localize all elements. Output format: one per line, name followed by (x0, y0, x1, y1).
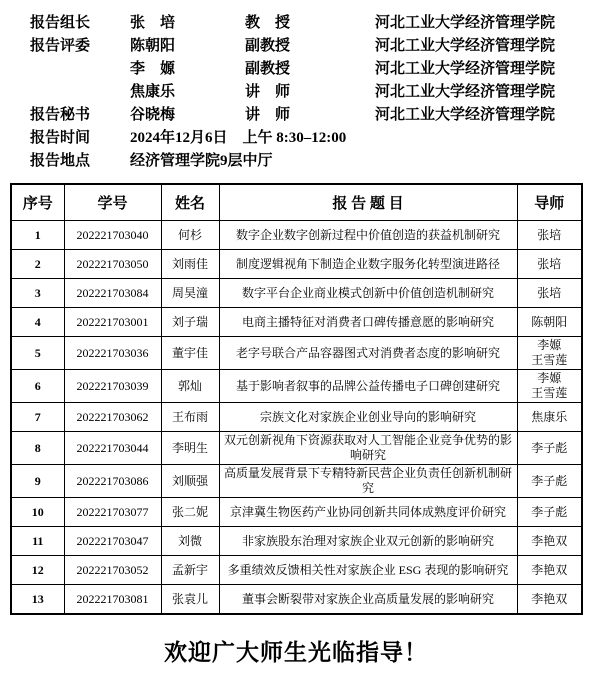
table-row: 2202221703050刘雨佳制度逻辑视角下制造企业数字服务化转型演进路径张培 (11, 250, 582, 279)
report-title-cell: 京津冀生物医药产业协同创新共同体成熟度评价研究 (219, 498, 517, 527)
student-name-cell: 刘顺强 (161, 465, 219, 498)
table-row: 12202221703052孟新宇多重绩效反馈相关性对家族企业 ESG 表现的影… (11, 556, 582, 585)
person-title: 教 授 (245, 11, 375, 32)
info-row-secretary: 报告秘书 谷晓梅 讲 师 河北工业大学经济管理学院 (0, 102, 592, 125)
person-name: 陈朝阳 (130, 34, 245, 55)
student-id-cell: 202221703001 (64, 308, 161, 337)
advisor-cell: 张培 (517, 221, 582, 250)
table-row: 11202221703047刘微非家族股东治理对家族企业双元创新的影响研究李艳双 (11, 527, 582, 556)
person-name: 李 嫄 (130, 57, 245, 78)
info-label: 报告时间 (30, 126, 130, 147)
seq-cell: 2 (11, 250, 64, 279)
person-org: 河北工业大学经济管理学院 (375, 34, 592, 55)
advisor-cell: 张培 (517, 250, 582, 279)
person-org: 河北工业大学经济管理学院 (375, 11, 592, 32)
student-id-cell: 202221703052 (64, 556, 161, 585)
student-id-cell: 202221703040 (64, 221, 161, 250)
person-name: 焦康乐 (130, 80, 245, 101)
person-name: 张 培 (130, 11, 245, 32)
student-name-cell: 何杉 (161, 221, 219, 250)
student-id-cell: 202221703077 (64, 498, 161, 527)
welcome-message: 欢迎广大师生光临指导！ (0, 634, 592, 667)
person-title: 副教授 (245, 57, 375, 78)
col-header-advisor: 导师 (517, 184, 582, 221)
table-row: 5202221703036董宇佳老字号联合产品容器图式对消费者态度的影响研究李嫄… (11, 337, 582, 370)
info-row-leader: 报告组长 张 培 教 授 河北工业大学经济管理学院 (0, 10, 592, 33)
student-name-cell: 董宇佳 (161, 337, 219, 370)
col-header-report-title: 报 告 题 目 (219, 184, 517, 221)
advisor-cell: 李子彪 (517, 465, 582, 498)
report-title-cell: 多重绩效反馈相关性对家族企业 ESG 表现的影响研究 (219, 556, 517, 585)
advisor-cell: 李艳双 (517, 585, 582, 615)
info-label: 报告评委 (30, 34, 130, 55)
seq-cell: 8 (11, 432, 64, 465)
person-org: 河北工业大学经济管理学院 (375, 103, 592, 124)
report-title-cell: 高质量发展背景下专精特新民营企业负责任创新机制研究 (219, 465, 517, 498)
student-id-cell: 202221703047 (64, 527, 161, 556)
table-row: 7202221703062王布雨宗族文化对家族企业创业导向的影响研究焦康乐 (11, 403, 582, 432)
table-body: 1202221703040何杉数字企业数字创新过程中价值创造的获益机制研究张培2… (11, 221, 582, 615)
seq-cell: 12 (11, 556, 64, 585)
schedule-table: 序号 学号 姓名 报 告 题 目 导师 1202221703040何杉数字企业数… (10, 183, 583, 615)
student-name-cell: 刘雨佳 (161, 250, 219, 279)
report-title-cell: 电商主播特征对消费者口碑传播意愿的影响研究 (219, 308, 517, 337)
seq-cell: 3 (11, 279, 64, 308)
student-id-cell: 202221703062 (64, 403, 161, 432)
student-id-cell: 202221703044 (64, 432, 161, 465)
person-title: 副教授 (245, 34, 375, 55)
report-title-cell: 董事会断裂带对家族企业高质量发展的影响研究 (219, 585, 517, 615)
report-title-cell: 数字平台企业商业模式创新中价值创造机制研究 (219, 279, 517, 308)
report-title-cell: 非家族股东治理对家族企业双元创新的影响研究 (219, 527, 517, 556)
table-row: 3202221703084周昊潼数字平台企业商业模式创新中价值创造机制研究张培 (11, 279, 582, 308)
table-row: 8202221703044李明生双元创新视角下资源获取对人工智能企业竞争优势的影… (11, 432, 582, 465)
info-row-time: 报告时间 2024年12月6日 上午 8:30–12:00 (0, 125, 592, 148)
report-title-cell: 宗族文化对家族企业创业导向的影响研究 (219, 403, 517, 432)
student-id-cell: 202221703086 (64, 465, 161, 498)
report-title-cell: 双元创新视角下资源获取对人工智能企业竞争优势的影响研究 (219, 432, 517, 465)
advisor-cell: 李子彪 (517, 498, 582, 527)
table-row: 9202221703086刘顺强高质量发展背景下专精特新民营企业负责任创新机制研… (11, 465, 582, 498)
advisor-cell: 张培 (517, 279, 582, 308)
advisor-cell: 李嫄 王雪莲 (517, 370, 582, 403)
advisor-cell: 李艳双 (517, 556, 582, 585)
student-name-cell: 李明生 (161, 432, 219, 465)
advisor-cell: 陈朝阳 (517, 308, 582, 337)
info-row-committee-3: 焦康乐 讲 师 河北工业大学经济管理学院 (0, 79, 592, 102)
info-row-committee-1: 报告评委 陈朝阳 副教授 河北工业大学经济管理学院 (0, 33, 592, 56)
seq-cell: 9 (11, 465, 64, 498)
student-name-cell: 张二妮 (161, 498, 219, 527)
seq-cell: 10 (11, 498, 64, 527)
advisor-cell: 李子彪 (517, 432, 582, 465)
report-title-cell: 老字号联合产品容器图式对消费者态度的影响研究 (219, 337, 517, 370)
header-row: 序号 学号 姓名 报 告 题 目 导师 (11, 184, 582, 221)
person-org: 河北工业大学经济管理学院 (375, 80, 592, 101)
student-name-cell: 张袁儿 (161, 585, 219, 615)
seq-cell: 13 (11, 585, 64, 615)
info-row-committee-2: 李 嫄 副教授 河北工业大学经济管理学院 (0, 56, 592, 79)
report-title-cell: 数字企业数字创新过程中价值创造的获益机制研究 (219, 221, 517, 250)
table-header: 序号 学号 姓名 报 告 题 目 导师 (11, 184, 582, 221)
student-name-cell: 刘子瑞 (161, 308, 219, 337)
student-name-cell: 周昊潼 (161, 279, 219, 308)
person-title: 讲 师 (245, 103, 375, 124)
student-id-cell: 202221703036 (64, 337, 161, 370)
advisor-cell: 李嫄 王雪莲 (517, 337, 582, 370)
seq-cell: 7 (11, 403, 64, 432)
person-name: 谷晓梅 (130, 103, 245, 124)
student-name-cell: 王布雨 (161, 403, 219, 432)
col-header-student-id: 学号 (64, 184, 161, 221)
report-time-value: 2024年12月6日 上午 8:30–12:00 (130, 126, 592, 147)
table-row: 13202221703081张袁儿董事会断裂带对家族企业高质量发展的影响研究李艳… (11, 585, 582, 615)
info-label: 报告地点 (30, 149, 130, 170)
info-row-place: 报告地点 经济管理学院9层中厅 (0, 148, 592, 171)
info-label: 报告秘书 (30, 103, 130, 124)
info-label: 报告组长 (30, 11, 130, 32)
advisor-cell: 焦康乐 (517, 403, 582, 432)
advisor-cell: 李艳双 (517, 527, 582, 556)
person-title: 讲 师 (245, 80, 375, 101)
col-header-seq: 序号 (11, 184, 64, 221)
table-row: 10202221703077张二妮京津冀生物医药产业协同创新共同体成熟度评价研究… (11, 498, 582, 527)
table-row: 4202221703001刘子瑞电商主播特征对消费者口碑传播意愿的影响研究陈朝阳 (11, 308, 582, 337)
seq-cell: 4 (11, 308, 64, 337)
report-title-cell: 基于影响者叙事的品牌公益传播电子口碑创建研究 (219, 370, 517, 403)
seq-cell: 5 (11, 337, 64, 370)
student-name-cell: 孟新宇 (161, 556, 219, 585)
col-header-student-name: 姓名 (161, 184, 219, 221)
table-row: 1202221703040何杉数字企业数字创新过程中价值创造的获益机制研究张培 (11, 221, 582, 250)
student-name-cell: 郭灿 (161, 370, 219, 403)
seq-cell: 11 (11, 527, 64, 556)
report-title-cell: 制度逻辑视角下制造企业数字服务化转型演进路径 (219, 250, 517, 279)
table-row: 6202221703039郭灿基于影响者叙事的品牌公益传播电子口碑创建研究李嫄 … (11, 370, 582, 403)
report-schedule-page: 报告组长 张 培 教 授 河北工业大学经济管理学院 报告评委 陈朝阳 副教授 河… (0, 0, 592, 690)
student-id-cell: 202221703039 (64, 370, 161, 403)
student-id-cell: 202221703081 (64, 585, 161, 615)
student-id-cell: 202221703050 (64, 250, 161, 279)
person-org: 河北工业大学经济管理学院 (375, 57, 592, 78)
report-info-section: 报告组长 张 培 教 授 河北工业大学经济管理学院 报告评委 陈朝阳 副教授 河… (0, 0, 592, 171)
seq-cell: 6 (11, 370, 64, 403)
student-name-cell: 刘微 (161, 527, 219, 556)
report-place-value: 经济管理学院9层中厅 (130, 149, 592, 170)
seq-cell: 1 (11, 221, 64, 250)
student-id-cell: 202221703084 (64, 279, 161, 308)
